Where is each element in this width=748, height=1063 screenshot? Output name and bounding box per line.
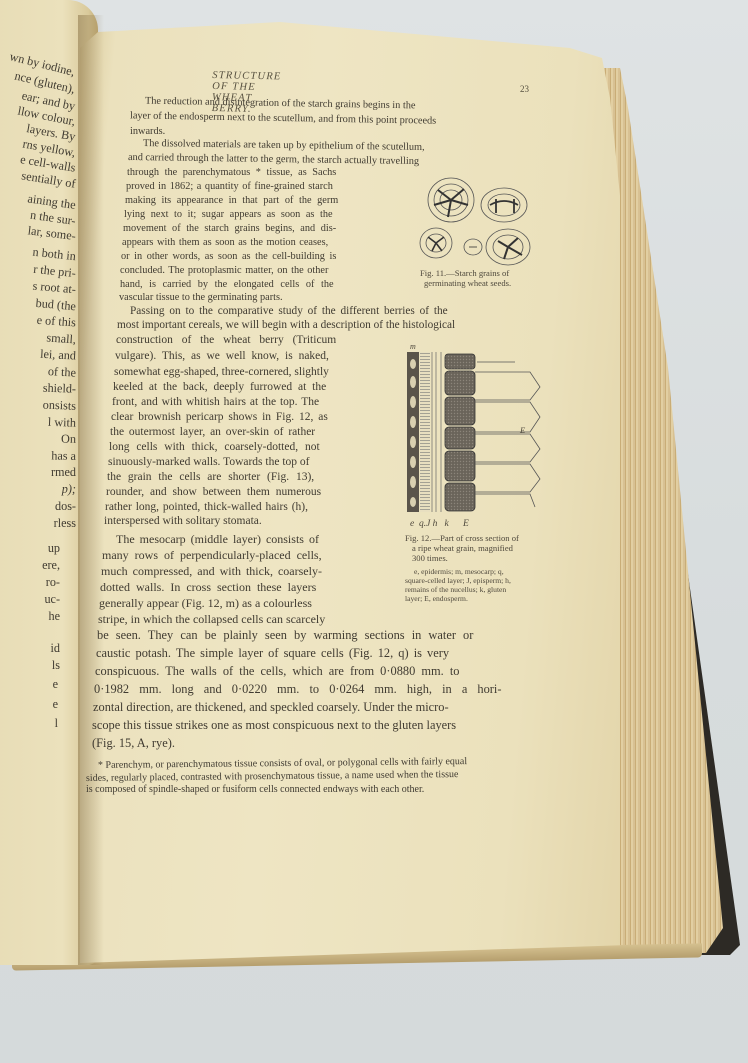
body-line: zontal direction, are thickened, and spe… — [93, 700, 449, 715]
left-line: p); — [0, 481, 76, 499]
left-line: rless — [0, 515, 76, 533]
body-line: The mesocarp (middle layer) consists of — [116, 532, 319, 547]
body-line: appears with them as soon as the motion … — [122, 237, 328, 248]
figure-12-caption: a ripe wheat grain, magnified — [412, 543, 513, 553]
left-line: ls — [0, 657, 60, 675]
figure-12-legend: square-celled layer; J, episperm; h, — [405, 576, 511, 585]
body-line: somewhat egg-shaped, three-cornered, sli… — [114, 366, 329, 378]
body-line: or in other words, as soon as the cell-b… — [121, 251, 336, 262]
body-line: inwards. — [130, 126, 165, 137]
body-line: most important cereals, we will begin wi… — [117, 319, 455, 331]
body-line: stripe, in which the collapsed cells can… — [98, 612, 325, 627]
gutter-shadow — [78, 15, 104, 965]
body-line: construction of the wheat berry (Triticu… — [116, 334, 336, 346]
body-line: be seen. They can be plainly seen by war… — [97, 628, 473, 643]
body-line: many rows of perpendicularly-placed cell… — [102, 548, 322, 563]
body-line: lying next to it; sugar appears as soon … — [124, 209, 333, 220]
body-line: movement of the starch grains begins, an… — [123, 223, 336, 234]
figure-12-caption: 300 times. — [412, 553, 448, 563]
body-line: the grain the cells are shorter (Fig. 13… — [107, 471, 314, 483]
body-line: Passing on to the comparative study of t… — [130, 305, 448, 317]
figure-12-legend: layer; E, endosperm. — [405, 594, 468, 603]
left-line: ro- — [0, 574, 60, 592]
body-line: vascular tissue to the germinating parts… — [119, 292, 283, 303]
figure-12-caption: Fig. 12.—Part of cross section of — [405, 533, 519, 543]
body-line: rounder, and show between them numerous — [106, 486, 321, 498]
left-line: dos- — [0, 498, 76, 516]
left-line: rmed — [0, 464, 76, 482]
body-line: sinuously-marked walls. Towards the top … — [108, 456, 309, 468]
starch-grains-illustration — [418, 175, 538, 270]
figure-12-label-m: m — [410, 342, 416, 351]
body-line: long cells with thick, coarsely-dotted, … — [109, 441, 320, 453]
left-line: On — [0, 429, 76, 448]
left-line: has a — [0, 446, 76, 465]
figure-12-bottom-labels: e q.J h k E — [410, 519, 469, 529]
body-line: much compressed, and with thick, coarsel… — [101, 564, 322, 579]
body-line: conspicuous. The walls of the cells, whi… — [95, 664, 460, 679]
figure-11-caption: germinating wheat seeds. — [424, 278, 511, 288]
figure-11-caption: Fig. 11.—Starch grains of — [420, 268, 509, 278]
left-line: id — [0, 640, 60, 658]
body-line: keeled at the back, deeply furrowed at t… — [113, 381, 326, 393]
cross-section-illustration — [405, 352, 555, 517]
figure-12-legend: e, epidermis; m, mesocarp; q, — [414, 567, 504, 576]
body-line: front, and with whitish hairs at the top… — [112, 396, 319, 408]
figure-12-cross-section — [405, 352, 555, 517]
left-line: he — [0, 608, 60, 626]
left-line: up — [0, 540, 60, 558]
footnote-line: is composed of spindle-shaped or fusifor… — [86, 784, 424, 795]
left-line: e — [0, 676, 58, 694]
body-line: 0·1982 mm. long and 0·0220 mm. to 0·0264… — [94, 682, 502, 697]
figure-12-legend: remains of the nucellus; k, gluten — [405, 585, 506, 594]
body-line: rather long, pointed, thick-walled hairs… — [105, 501, 308, 513]
page-number: 23 — [520, 84, 529, 94]
body-line: making its appearance in that part of th… — [125, 195, 338, 206]
body-line: concluded. The protoplasmic matter, on t… — [120, 265, 328, 276]
body-line: proved in 1862; a quantity of fine-grain… — [126, 181, 333, 192]
body-line: caustic potash. The simple layer of squa… — [96, 646, 449, 661]
left-line: l — [0, 715, 58, 733]
left-line: ere, — [0, 557, 60, 575]
body-line: hand, is carried by the elongated cells … — [120, 279, 334, 290]
body-line: generally appear (Fig. 12, m) as a colou… — [99, 596, 312, 611]
body-line: clear brownish pericarp shows in Fig. 12… — [111, 411, 328, 423]
left-line: e — [0, 696, 58, 714]
figure-12-label-E: E — [520, 425, 525, 435]
figure-11-starch-grains — [418, 175, 538, 270]
body-line: vulgare). This, as we well know, is nake… — [115, 350, 329, 362]
body-line: scope this tissue strikes one as most co… — [92, 718, 456, 733]
body-line: the outermost layer, an over-skin of rat… — [110, 426, 315, 438]
photo-scene: wn by iodine, nce (gluten), ear; and by … — [0, 0, 748, 1063]
body-line: (Fig. 15, A, rye). — [92, 736, 175, 751]
left-line: uc- — [0, 591, 60, 609]
body-line: dotted walls. In cross section these lay… — [100, 580, 316, 595]
body-line: interspersed with solitary stomata. — [104, 515, 262, 527]
body-line: through the parenchymatous * tissue, as … — [127, 167, 336, 178]
